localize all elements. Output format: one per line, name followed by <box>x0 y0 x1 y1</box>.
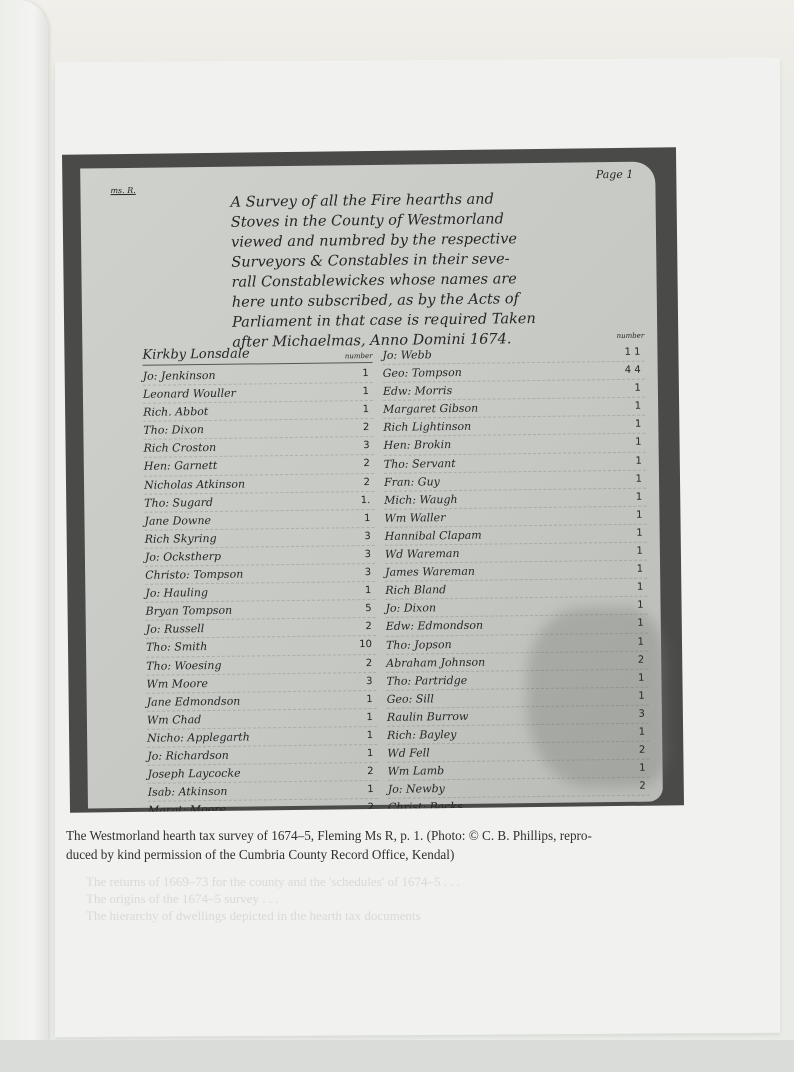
hearth-count: 1 <box>635 452 646 469</box>
householder-name: Tho: Dixon <box>143 421 204 439</box>
householder-name: Wm Lamb <box>387 762 444 780</box>
householder-name: Jo: Hauling <box>145 584 208 602</box>
householder-name: Edw: Morris <box>383 382 452 400</box>
facing-page-edge <box>0 0 48 1040</box>
householder-name: Wm Chad <box>147 711 202 729</box>
householder-name: Christo: Tompson <box>145 566 243 584</box>
householder-name: Wd Wareman <box>385 545 460 563</box>
right-column: number Jo: Webb1 1Geo: Tompson4 4Edw: Mo… <box>382 332 650 813</box>
householder-name: Geo: Tompson <box>383 364 462 382</box>
manuscript-sheet: Page 1 ms. R. A Survey of all the Fire h… <box>80 162 663 809</box>
hearth-count: 1 <box>637 561 648 578</box>
hearth-count: 2 <box>639 742 650 759</box>
hearth-count: 2 <box>639 778 650 795</box>
householder-name: Jo: Webb <box>382 346 431 364</box>
householder-name: Jo: Richardson <box>147 747 229 765</box>
hearth-count: 1 <box>638 633 649 650</box>
householder-name: Hannibal Clapam <box>385 527 482 545</box>
hearth-count: 1 <box>636 543 647 560</box>
right-column-header: number <box>382 332 644 345</box>
figure-caption: The Westmorland hearth tax survey of 167… <box>66 826 706 864</box>
householder-name: James Wareman <box>385 563 475 581</box>
background-bottom <box>0 1040 794 1072</box>
householder-name: Geo: Sill <box>387 690 434 708</box>
householder-name: Tho: Partridge <box>386 672 467 690</box>
householder-name: Rich. Abbot <box>143 403 208 421</box>
hearth-count: 1 <box>366 709 377 726</box>
householder-name: Wm Moore <box>146 675 208 693</box>
hearth-count: 1 <box>367 745 378 762</box>
householder-name: Edw: Edmondson <box>386 617 483 635</box>
householder-name: Tho: Jopson <box>386 636 452 654</box>
show-through-line: The returns of 1669–73 for the county an… <box>86 873 706 890</box>
hearth-count: 1 <box>362 383 373 400</box>
hearth-count: 2 <box>363 455 374 472</box>
manuscript-page-label: Page 1 <box>596 168 634 181</box>
householder-name: Fran: Guy <box>384 473 440 491</box>
show-through-line: The origins of the 1674–5 survey . . . <box>86 890 706 907</box>
householder-name: Tho: Smith <box>146 638 207 656</box>
hearth-count: 3 <box>365 564 376 581</box>
householder-name: Joseph Laycocke <box>147 765 240 783</box>
hearth-count: 1 <box>636 488 647 505</box>
number-header: number <box>617 332 645 340</box>
householder-name: Rich Lightinson <box>383 418 471 436</box>
township-title: Kirkby Lonsdale <box>142 346 249 362</box>
hearth-count: 1 <box>637 615 648 632</box>
hearth-count: 2 <box>365 618 376 635</box>
householder-name: Rich Croston <box>143 439 216 457</box>
householder-name: Leonard Wouller <box>143 385 236 403</box>
householder-name: Jo: Jenkinson <box>143 367 216 385</box>
right-entries: Jo: Webb1 1Geo: Tompson4 4Edw: Morris1Ma… <box>382 344 650 813</box>
hearth-count: 1 <box>634 380 645 397</box>
householder-name: Jo: Ockstherp <box>145 548 221 566</box>
hearth-count: 1 <box>636 470 647 487</box>
hearth-count: 10 <box>359 636 376 653</box>
hearth-count: 3 <box>364 528 375 545</box>
hearth-count: 1 <box>638 687 649 704</box>
householder-name: Isab: Atkinson <box>148 783 228 801</box>
left-entries: Jo: Jenkinson1Leonard Wouller1Rich. Abbo… <box>143 365 379 813</box>
householder-name: Tho: Woesing <box>146 656 221 674</box>
left-column-header: Kirkby Lonsdale number <box>142 345 372 366</box>
show-through-text: The returns of 1669–73 for the county an… <box>86 873 706 924</box>
hearth-count: 2 <box>364 474 375 491</box>
hearth-count: 1 <box>637 579 648 596</box>
hearth-count: 1 <box>635 416 646 433</box>
caption-line: The Westmorland hearth tax survey of 167… <box>66 826 706 845</box>
hearth-count: 1 <box>639 724 650 741</box>
hearth-count: 1. <box>361 492 375 509</box>
hearth-count: 1 <box>367 781 378 798</box>
hearth-count: 2 <box>367 763 378 780</box>
householder-name: Jo: Russell <box>146 620 205 638</box>
householder-name: Jane Downe <box>144 512 211 530</box>
hearth-count: 3 <box>363 437 374 454</box>
householder-name: Jane Edmondson <box>147 692 241 710</box>
hearth-count: 4 4 <box>625 362 645 379</box>
hearth-count: 1 <box>366 691 377 708</box>
hearth-count: 3 <box>638 706 649 723</box>
hearth-count: 1 <box>364 510 375 527</box>
householder-name: Mich: Waugh <box>384 491 458 509</box>
hearth-count: 2 <box>363 419 374 436</box>
householder-name: Wm Waller <box>384 509 445 527</box>
householder-name: Rich Bland <box>385 581 446 599</box>
hearth-count: 1 <box>636 525 647 542</box>
hearth-count: 1 <box>638 669 649 686</box>
hearth-count: 1 <box>363 401 374 418</box>
householder-name: Nicho: Applegarth <box>147 728 250 746</box>
householder-name: Bryan Tompson <box>145 602 232 620</box>
hearth-count: 5 <box>365 600 376 617</box>
manuscript-heading: A Survey of all the Fire hearths and Sto… <box>230 188 632 353</box>
hearth-count: 2 <box>638 651 649 668</box>
householder-name: Margaret Gibson <box>383 400 478 418</box>
hearth-count: 1 <box>637 597 648 614</box>
householder-name: Tho: Sugard <box>144 494 213 512</box>
householder-name: Abraham Johnson <box>386 653 485 671</box>
hearth-count: 2 <box>366 654 377 671</box>
hearth-count: 1 <box>367 727 378 744</box>
householder-name: Tho: Servant <box>384 455 456 473</box>
hearth-count: 1 <box>362 365 373 382</box>
hearth-count: 1 <box>635 398 646 415</box>
householder-name: Raulin Burrow <box>387 708 469 726</box>
householder-name: Hen: Garnett <box>144 457 218 475</box>
number-header: number <box>345 352 373 360</box>
householder-name: Nicholas Atkinson <box>144 475 245 493</box>
householder-name: Rich Skyring <box>145 530 217 548</box>
hearth-count: 1 <box>636 507 647 524</box>
manuscript-reference: ms. R. <box>110 186 135 195</box>
hearth-count: 1 <box>639 760 650 777</box>
manuscript-photo: Page 1 ms. R. A Survey of all the Fire h… <box>62 147 684 812</box>
householder-name: Rich: Bayley <box>387 726 457 744</box>
show-through-line: The hierarchy of dwellings depicted in t… <box>86 907 706 924</box>
householder-name: Wd Fell <box>387 744 430 762</box>
hearth-count: 1 <box>635 434 646 451</box>
householder-name: Jo: Dixon <box>385 600 436 618</box>
householder-name: Jo: Newby <box>388 780 445 798</box>
hearth-count: 3 <box>366 673 377 690</box>
hearth-count: 1 1 <box>624 344 644 361</box>
caption-line: duced by kind permission of the Cumbria … <box>66 845 706 864</box>
hearth-count: 3 <box>364 546 375 563</box>
householder-name: Hen: Brokin <box>383 437 451 455</box>
left-column: Kirkby Lonsdale number Jo: Jenkinson1Leo… <box>142 345 378 813</box>
hearth-count: 1 <box>365 582 376 599</box>
